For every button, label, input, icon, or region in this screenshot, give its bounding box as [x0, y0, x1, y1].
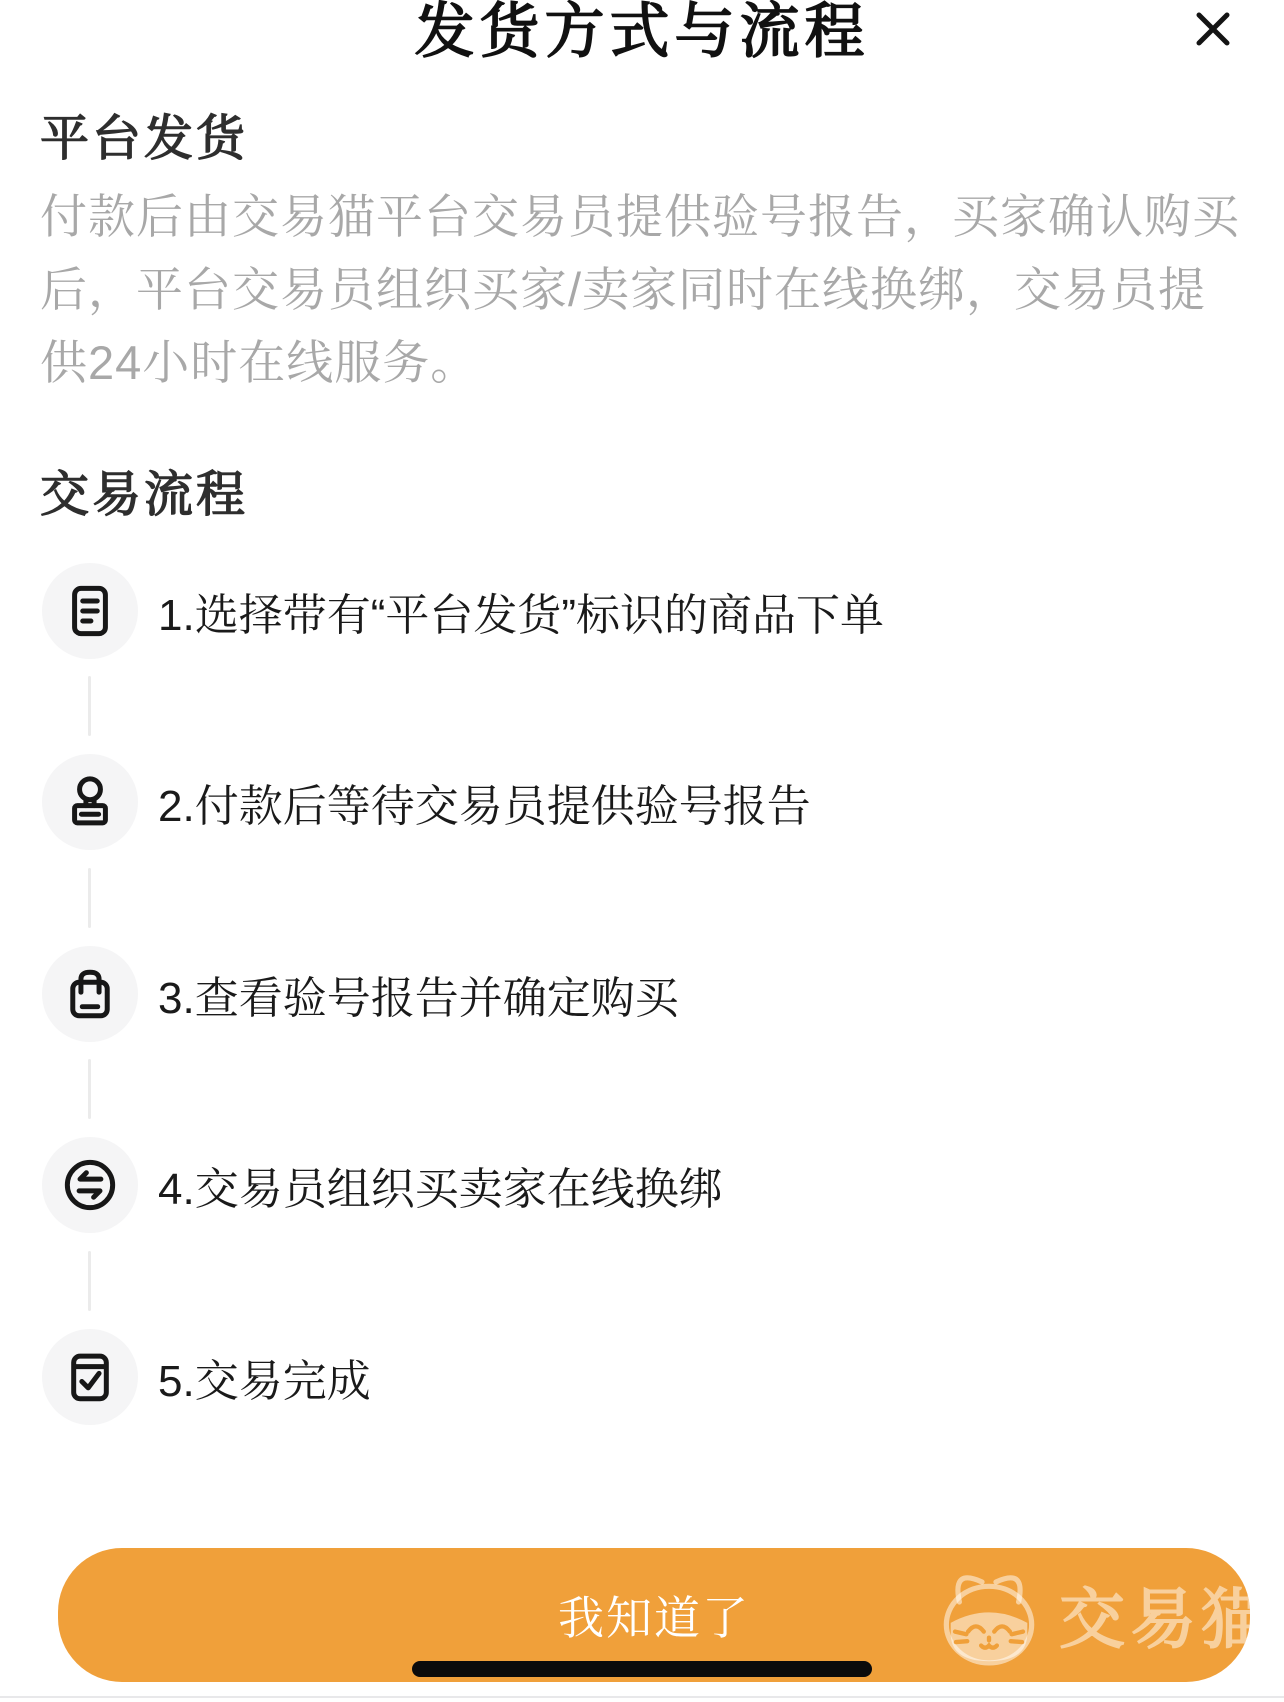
page-title: 发货方式与流程 — [0, 0, 1284, 68]
step-item: 3.查看验号报告并确定购买 — [42, 946, 679, 1042]
bottom-divider — [0, 1696, 1284, 1698]
step-circle — [42, 563, 138, 659]
step-item: 5.交易完成 — [42, 1329, 371, 1425]
step-label: 3.查看验号报告并确定购买 — [158, 962, 679, 1026]
platform-shipping-description: 付款后由交易猫平台交易员提供验号报告，买家确认购买后，平台交易员组织买家/卖家同… — [40, 180, 1246, 399]
step-item: 2.付款后等待交易员提供验号报告 — [42, 754, 811, 850]
step-connector — [88, 1251, 91, 1311]
jiaoyimao-logo: 交易猫 — [933, 1567, 1250, 1671]
step-circle — [42, 946, 138, 1042]
close-button[interactable] — [1182, 0, 1244, 62]
step-label: 1.选择带有“平台发货”标识的商品下单 — [158, 579, 884, 643]
step-connector — [88, 868, 91, 928]
confirm-button-label: 我知道了 — [558, 1582, 750, 1648]
close-icon — [1191, 7, 1235, 56]
step-connector — [88, 676, 91, 736]
document-icon — [61, 582, 119, 640]
step-label: 4.交易员组织买卖家在线换绑 — [158, 1153, 723, 1217]
step-circle — [42, 754, 138, 850]
step-label: 5.交易完成 — [158, 1345, 371, 1409]
step-connector — [88, 1059, 91, 1119]
watermark-text: 交易猫 — [1059, 1586, 1250, 1652]
platform-shipping-heading: 平台发货 — [40, 100, 248, 170]
step-item: 4.交易员组织买卖家在线换绑 — [42, 1137, 723, 1233]
shipping-method-modal: { "modal": { "title": "发货方式与流程" }, "plat… — [0, 0, 1284, 1702]
swap-icon — [61, 1156, 119, 1214]
process-heading: 交易流程 — [40, 456, 248, 526]
step-label: 2.付款后等待交易员提供验号报告 — [158, 770, 811, 834]
step-circle — [42, 1137, 138, 1233]
step-circle — [42, 1329, 138, 1425]
cat-icon — [933, 1567, 1045, 1671]
check-icon — [61, 1348, 119, 1406]
stamp-icon — [61, 773, 119, 831]
bag-icon — [61, 965, 119, 1023]
step-item: 1.选择带有“平台发货”标识的商品下单 — [42, 563, 884, 659]
home-indicator[interactable] — [412, 1661, 872, 1677]
